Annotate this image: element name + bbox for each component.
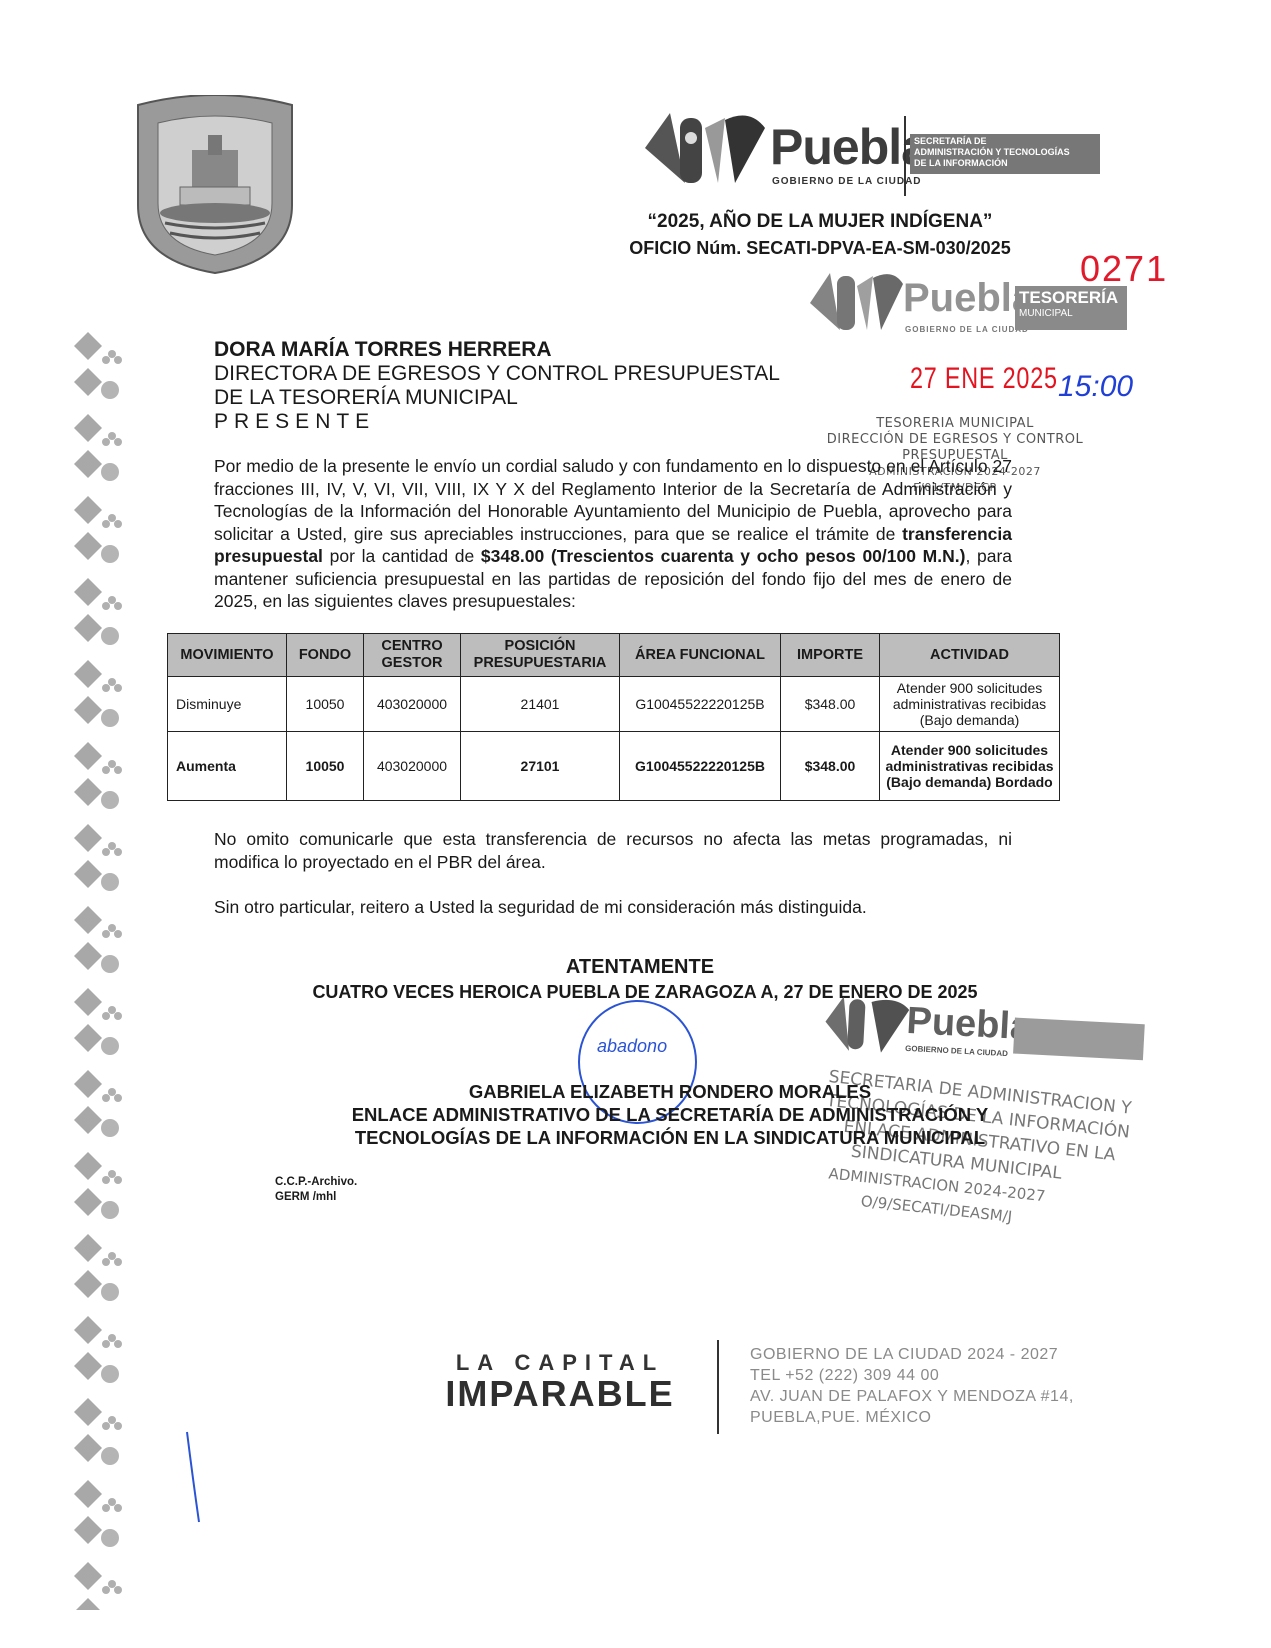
presente-label: PRESENTE: [214, 410, 780, 434]
atentamente-label: ATENTAMENTE: [240, 956, 1040, 979]
badge-title: TESORERÍA: [1019, 288, 1123, 308]
cell-importe: $348.00: [781, 732, 880, 801]
received-date-stamp: 27 ENE 2025: [910, 362, 1058, 396]
badge-subtitle: MUNICIPAL: [1019, 308, 1123, 319]
cell-area-funcional: G10045522220125B: [620, 677, 781, 732]
ccp-archivo: C.C.P.-Archivo.: [275, 1175, 357, 1190]
handwritten-folio: 0271: [1080, 248, 1168, 290]
slogan-line2: IMPARABLE: [420, 1376, 700, 1412]
signer-title: TECNOLOGÍAS DE LA INFORMACIÓN EN LA SIND…: [240, 1126, 1100, 1149]
cell-area-funcional: G10045522220125B: [620, 732, 781, 801]
handwritten-signature: abadono: [597, 1036, 667, 1057]
stamp-line: DIRECCIÓN DE EGRESOS Y CONTROL: [820, 432, 1090, 448]
cell-actividad: Atender 900 solicitudes administrativas …: [880, 677, 1060, 732]
signer-block: GABRIELA ELIZABETH RONDERO MORALES ENLAC…: [240, 1080, 1100, 1149]
year-motto: “2025, AÑO DE LA MUJER INDÍGENA”: [600, 211, 1040, 233]
dept-line: ADMINISTRACIÓN Y TECNOLOGÍAS: [914, 147, 1096, 158]
puebla-emblem-icon: [819, 991, 912, 1056]
cell-centro-gestor: 403020000: [364, 732, 461, 801]
dept-line: SECRETARÍA DE: [914, 136, 1096, 147]
cell-posicion: 27101: [461, 732, 620, 801]
table-row: Aumenta 10050 403020000 27101 G100455222…: [168, 732, 1060, 801]
cell-importe: $348.00: [781, 677, 880, 732]
column-header: CENTRO GESTOR: [364, 634, 461, 677]
handwritten-time: 15:00: [1058, 370, 1133, 404]
table-header-row: MOVIMIENTO FONDO CENTRO GESTOR POSICIÓN …: [168, 634, 1060, 677]
column-header: ÁREA FUNCIONAL: [620, 634, 781, 677]
cell-fondo: 10050: [287, 732, 364, 801]
footer-tel: TEL +52 (222) 309 44 00: [750, 1365, 1074, 1386]
logo-divider: [904, 116, 906, 196]
cell-actividad: Atender 900 solicitudes administrativas …: [880, 732, 1060, 801]
puebla-secati-logo: Puebla GOBIERNO DE LA CIUDAD SECRETARÍA …: [640, 108, 1145, 198]
column-header: FONDO: [287, 634, 364, 677]
signer-title: ENLACE ADMINISTRATIVO DE LA SECRETARÍA D…: [240, 1103, 1100, 1126]
footer-divider: [717, 1340, 719, 1434]
logo-subtitle: GOBIERNO DE LA CIUDAD: [905, 325, 1029, 334]
puebla-emblem-icon: [805, 268, 905, 333]
footer-address: AV. JUAN DE PALAFOX Y MENDOZA #14,: [750, 1386, 1074, 1407]
initials: GERM /mhl: [275, 1190, 357, 1205]
secati-dept-badge: [1013, 1018, 1145, 1061]
recipient-name: DORA MARÍA TORRES HERRERA: [214, 338, 780, 362]
dept-line: DE LA INFORMACIÓN: [914, 158, 1096, 169]
table-row: Disminuye 10050 403020000 21401 G1004552…: [168, 677, 1060, 732]
text: Por medio de la presente le envío un cor…: [214, 456, 1012, 544]
text: por la cantidad de: [323, 546, 481, 566]
column-header: POSICIÓN PRESUPUESTARIA: [461, 634, 620, 677]
oficio-number: OFICIO Núm. SECATI-DPVA-EA-SM-030/2025: [600, 238, 1040, 259]
puebla-emblem-icon: [640, 108, 770, 188]
secati-logo-stamp: Puebla GOBIERNO DE LA CIUDAD: [818, 991, 1151, 1078]
bold-amount: $348.00 (Trescientos cuarenta y ocho pes…: [481, 546, 966, 566]
footer-contact: GOBIERNO DE LA CIUDAD 2024 - 2027 TEL +5…: [750, 1344, 1074, 1428]
column-header: MOVIMIENTO: [168, 634, 287, 677]
stamp-line: TESORERIA MUNICIPAL: [820, 416, 1090, 432]
footer-slogan: LA CAPITAL IMPARABLE: [420, 1350, 700, 1412]
column-header: ACTIVIDAD: [880, 634, 1060, 677]
footer-gov: GOBIERNO DE LA CIUDAD 2024 - 2027: [750, 1344, 1074, 1365]
cell-centro-gestor: 403020000: [364, 677, 461, 732]
body-paragraph-request: Por medio de la presente le envío un cor…: [214, 455, 1012, 613]
logo-subtitle: GOBIERNO DE LA CIUDAD: [772, 176, 922, 187]
ccp-block: C.C.P.-Archivo. GERM /mhl: [275, 1175, 357, 1205]
signer-name: GABRIELA ELIZABETH RONDERO MORALES: [240, 1080, 1100, 1103]
footer-address: PUEBLA,PUE. MÉXICO: [750, 1407, 1074, 1428]
cell-movimiento: Disminuye: [168, 677, 287, 732]
tesoreria-badge: TESORERÍA MUNICIPAL: [1015, 286, 1127, 330]
secati-dept-badge: SECRETARÍA DE ADMINISTRACIÓN Y TECNOLOGÍ…: [910, 134, 1100, 174]
pen-stroke-mark: [185, 1430, 203, 1530]
cell-posicion: 21401: [461, 677, 620, 732]
recipient-block: DORA MARÍA TORRES HERRERA DIRECTORA DE E…: [214, 338, 780, 434]
cell-fondo: 10050: [287, 677, 364, 732]
body-paragraph-note: No omito comunicarle que esta transferen…: [214, 828, 1012, 873]
column-header: IMPORTE: [781, 634, 880, 677]
body-paragraph-closing: Sin otro particular, reitero a Usted la …: [214, 896, 1012, 919]
recipient-title: DE LA TESORERÍA MUNICIPAL: [214, 386, 780, 410]
recipient-title: DIRECTORA DE EGRESOS Y CONTROL PRESUPUES…: [214, 362, 780, 386]
cell-movimiento: Aumenta: [168, 732, 287, 801]
decorative-border-pattern: [70, 330, 130, 1610]
budget-transfer-table: MOVIMIENTO FONDO CENTRO GESTOR POSICIÓN …: [167, 633, 1060, 801]
city-crest-icon: [130, 95, 300, 275]
